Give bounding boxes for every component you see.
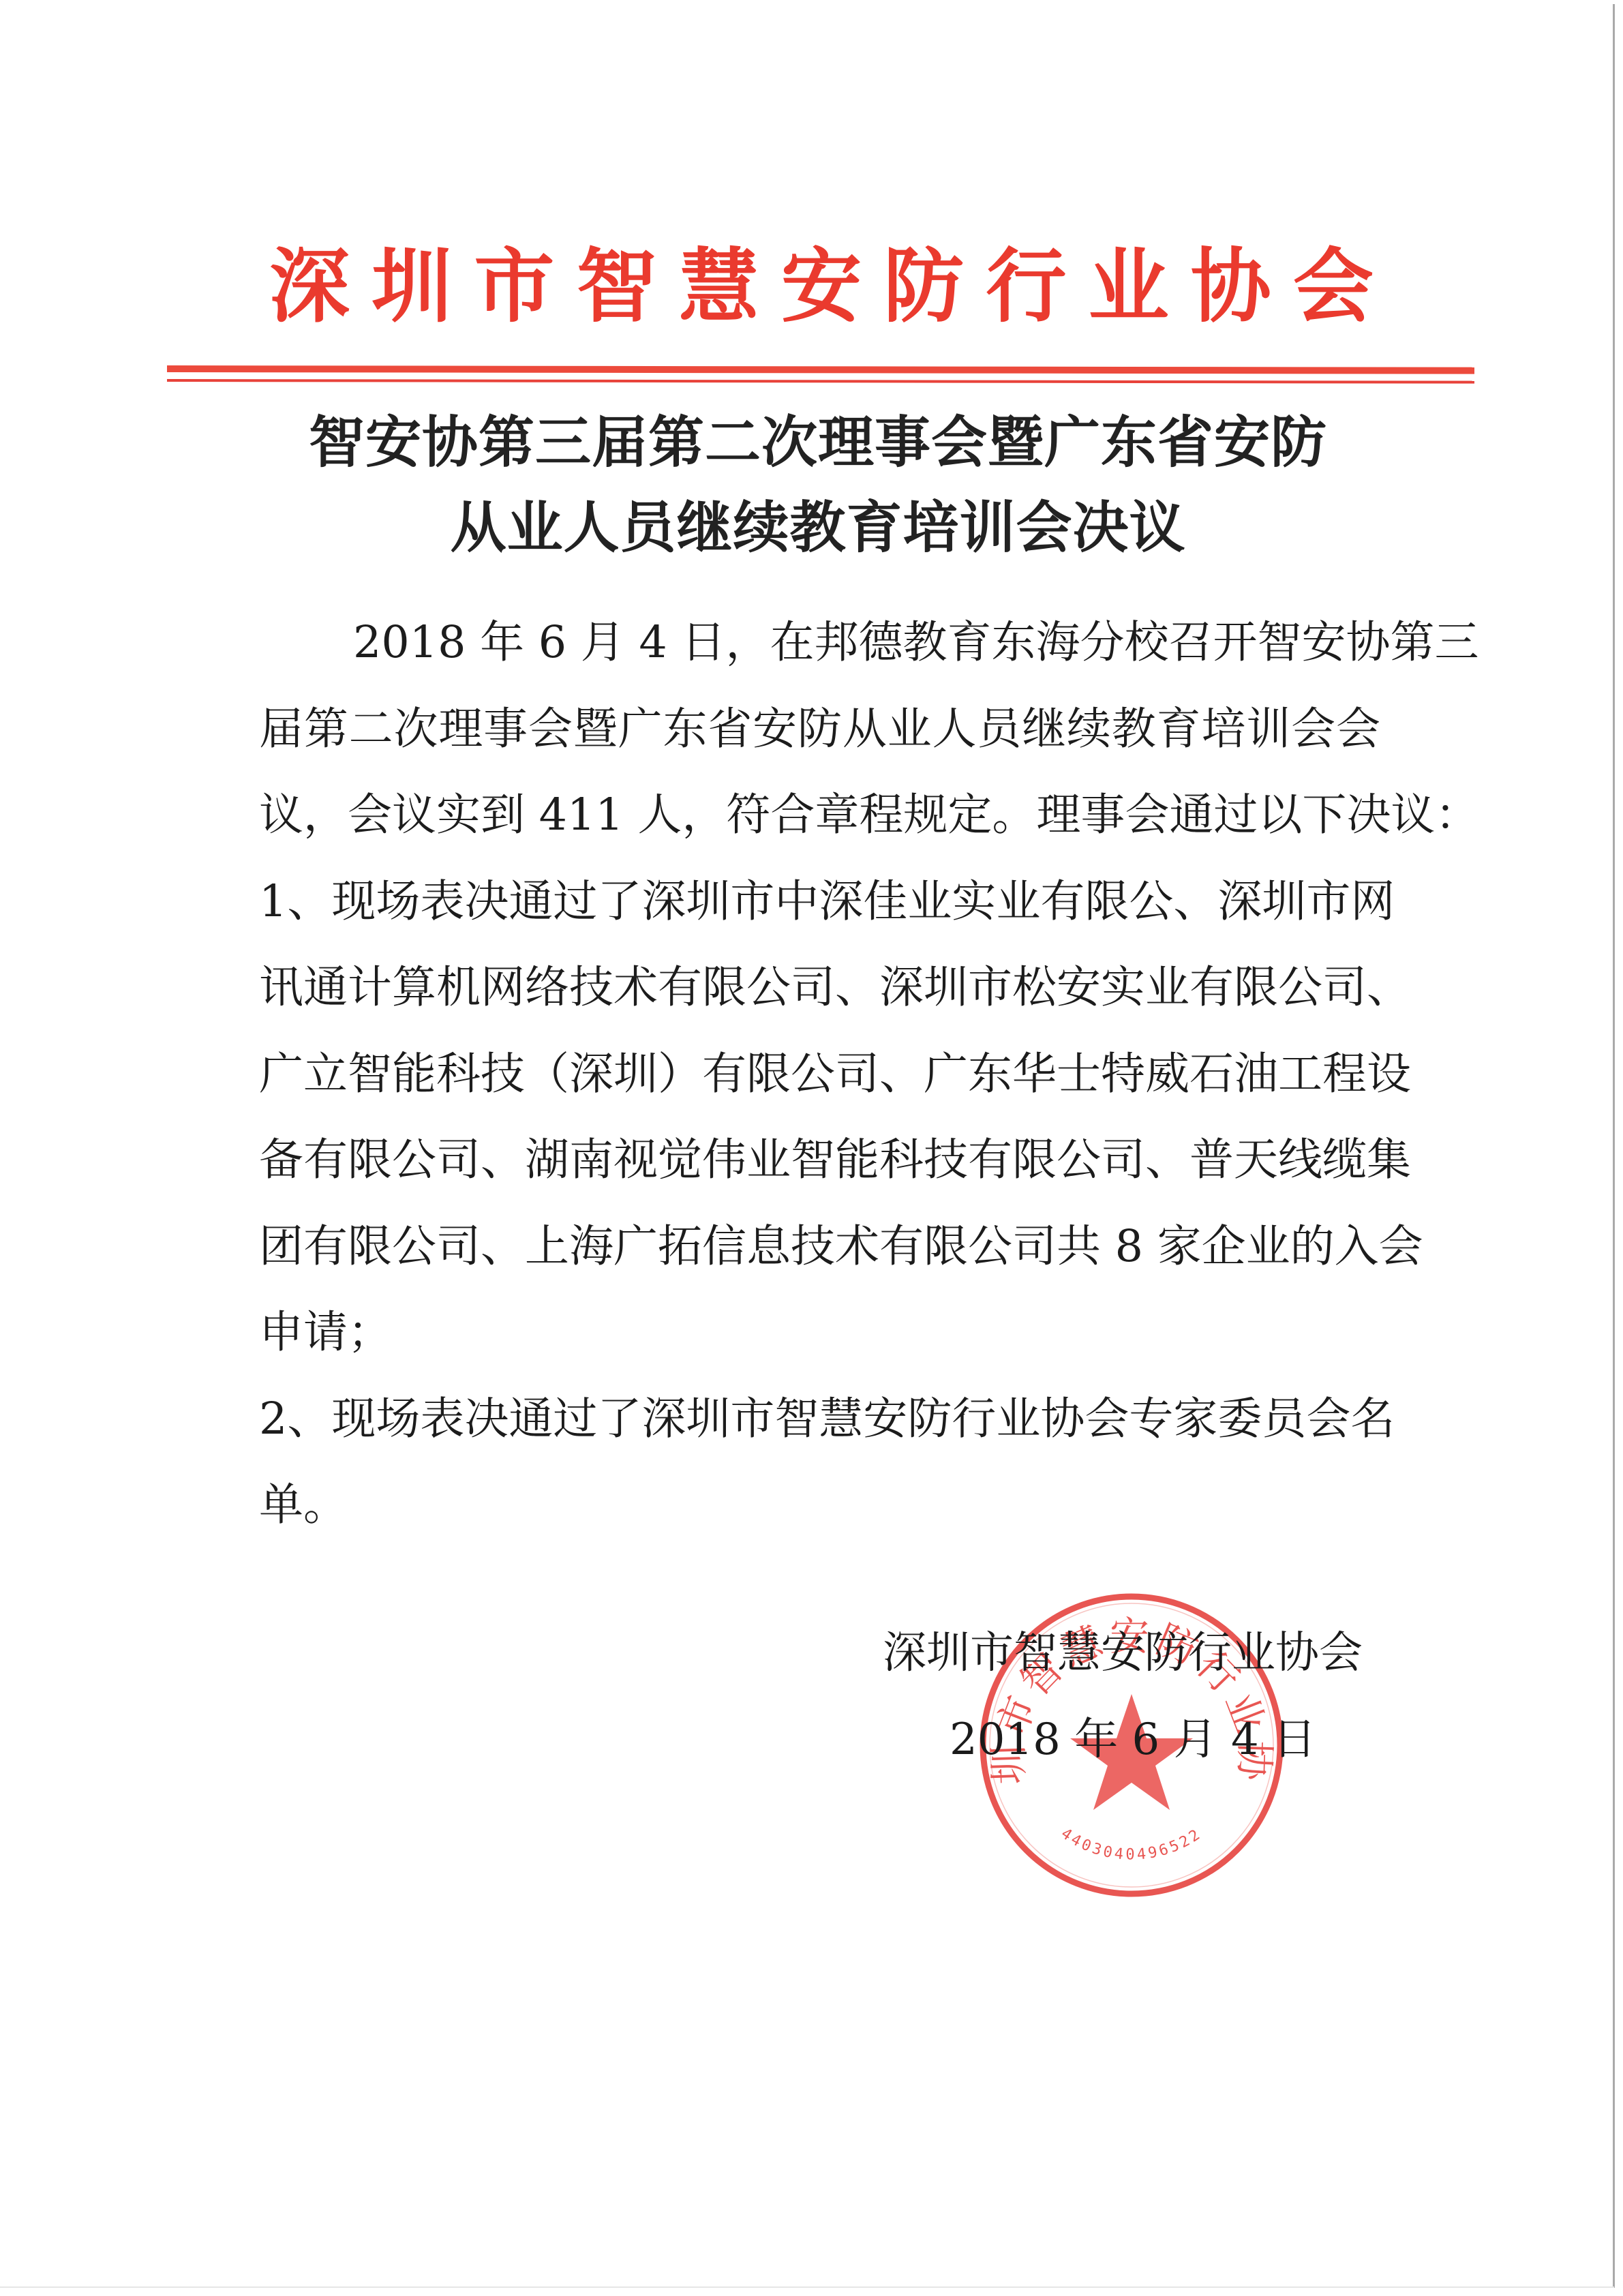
letterhead-char: 安 — [781, 239, 862, 334]
resolution-2-line: 单。 — [259, 1462, 1380, 1549]
signature-date: 2018 年 6 月 4 日 — [950, 1712, 1287, 1767]
letterhead-rule-thick — [167, 365, 1474, 374]
resolution-1-line: 广立智能科技（深圳）有限公司、广东华士特威石油工程设 — [259, 1031, 1380, 1118]
resolution-1-line: 备有限公司、湖南视觉伟业智能科技有限公司、普天线缆集 — [259, 1117, 1380, 1204]
body-line: 2018 年 6 月 4 日，在邦德教育东海分校召开智安协第三 — [259, 600, 1380, 686]
body-line: 届第二次理事会暨广东省安防从业人员继续教育培训会会 — [259, 686, 1380, 773]
scan-border-bottom — [0, 2286, 1614, 2288]
body-line: 议，会议实到 411 人，符合章程规定。理事会通过以下决议： — [259, 772, 1380, 859]
document-title-line-2: 从业人员继续教育培训会决议 — [204, 494, 1431, 562]
resolution-2-line: 2、现场表决通过了深圳市智慧安防行业协会专家委员会名 — [259, 1376, 1380, 1463]
signature-organization: 深圳市智慧安防行业协会 — [883, 1626, 1360, 1680]
resolution-1-line: 团有限公司、上海广拓信息技术有限公司共 8 家企业的入会 — [259, 1204, 1380, 1290]
letterhead-char: 业 — [1089, 239, 1169, 334]
resolution-1-line: 讯通计算机网络技术有限公司、深圳市松安实业有限公司、 — [259, 945, 1380, 1031]
letterhead-char: 深 — [269, 239, 350, 334]
letterhead-char: 行 — [986, 239, 1066, 334]
resolution-1-line: 申请； — [259, 1290, 1380, 1376]
letterhead-char: 圳 — [371, 239, 452, 334]
letterhead-char: 市 — [474, 239, 554, 334]
letterhead-char: 防 — [883, 239, 964, 334]
document-body: 2018 年 6 月 4 日，在邦德教育东海分校召开智安协第三 届第二次理事会暨… — [259, 600, 1380, 1549]
scan-border-right — [1613, 4, 1615, 2288]
seal-serial-number: 4403040496522 — [1058, 1825, 1205, 1863]
letterhead-char: 慧 — [679, 239, 759, 334]
letterhead-char: 会 — [1293, 239, 1374, 334]
letterhead-char: 智 — [577, 239, 657, 334]
document-title-line-1: 智安协第三届第二次理事会暨广东省安防 — [204, 409, 1431, 477]
resolution-1-line: 1、现场表决通过了深圳市中深佳业实业有限公、深圳市网 — [259, 859, 1380, 946]
letterhead-rule-thin — [167, 379, 1474, 384]
letterhead-char: 协 — [1191, 239, 1271, 334]
letterhead-organization: 深 圳 市 智 慧 安 防 行 业 协 会 — [269, 239, 1374, 334]
